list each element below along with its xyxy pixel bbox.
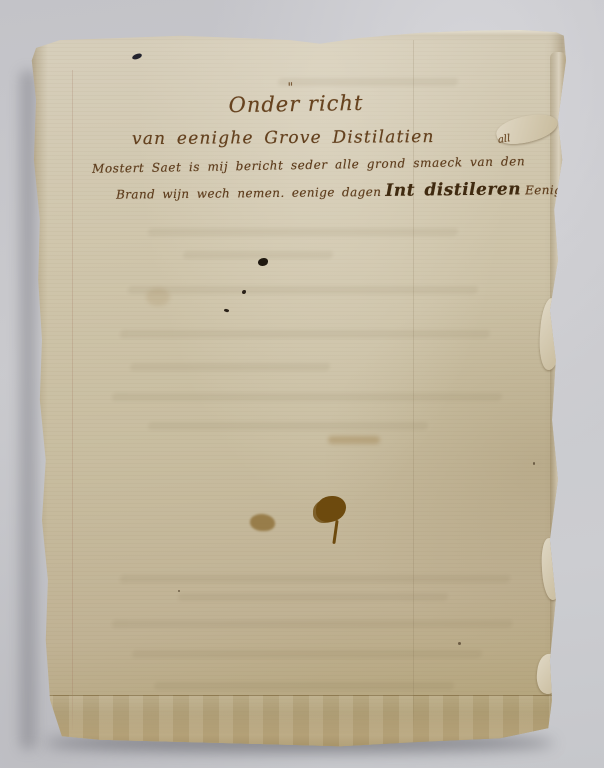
bleed-through-line — [111, 393, 502, 401]
torn-edge-curl — [535, 653, 563, 695]
bleed-through-line — [131, 650, 482, 658]
bleed-through-line — [129, 363, 330, 371]
cast-shadow-left — [20, 70, 36, 750]
torn-edge-curl — [540, 538, 562, 601]
body-line-2-end: Eenige anders — [525, 182, 604, 197]
body-line-2-start: Brand wijn wech nemen. eenige dagen — [116, 185, 381, 202]
manuscript-body-line-1: Mostert Saet is mij bericht seder alle g… — [92, 154, 525, 176]
paper-speck — [458, 642, 461, 645]
ink-stain-tail — [332, 520, 338, 544]
manuscript-title-line-2: van eenighe Grove Distilatien — [132, 127, 452, 149]
bleed-through-line — [182, 251, 333, 259]
bleed-through-line — [119, 575, 510, 583]
paper-speck — [178, 590, 180, 592]
bleed-through-line — [127, 286, 478, 294]
manuscript-paper: Onder richt van eenighe Grove Distilatie… — [28, 30, 566, 752]
paper-crease — [72, 70, 73, 730]
faint-smudge — [146, 288, 170, 306]
torn-edge-curl — [538, 297, 565, 370]
paper-speck — [533, 462, 535, 465]
ink-dot — [224, 308, 230, 313]
frayed-page-edges — [550, 52, 566, 731]
margin-flourish: all — [497, 133, 511, 146]
ink-stain-large — [316, 496, 346, 522]
photo-backdrop: Onder richt van eenighe Grove Distilatie… — [0, 0, 604, 768]
manuscript-body-line-2: Brand wijn wech nemen. eenige dagenInt d… — [116, 178, 604, 203]
bleed-through-line — [111, 620, 512, 628]
bleed-through-line — [119, 330, 490, 338]
bleed-through-line — [153, 682, 454, 690]
bleed-through-line — [147, 422, 428, 430]
ink-blob — [258, 258, 268, 266]
body-line-2-emphasis: Int distileren — [385, 179, 521, 200]
ink-stain-small — [250, 514, 275, 531]
bleed-through-line — [147, 228, 458, 236]
manuscript-title-line-1: Onder richt — [216, 91, 376, 118]
bleed-through-line — [177, 593, 448, 601]
ink-spot — [132, 53, 143, 60]
faint-smudge — [328, 436, 380, 444]
bleed-through-line — [277, 78, 458, 86]
